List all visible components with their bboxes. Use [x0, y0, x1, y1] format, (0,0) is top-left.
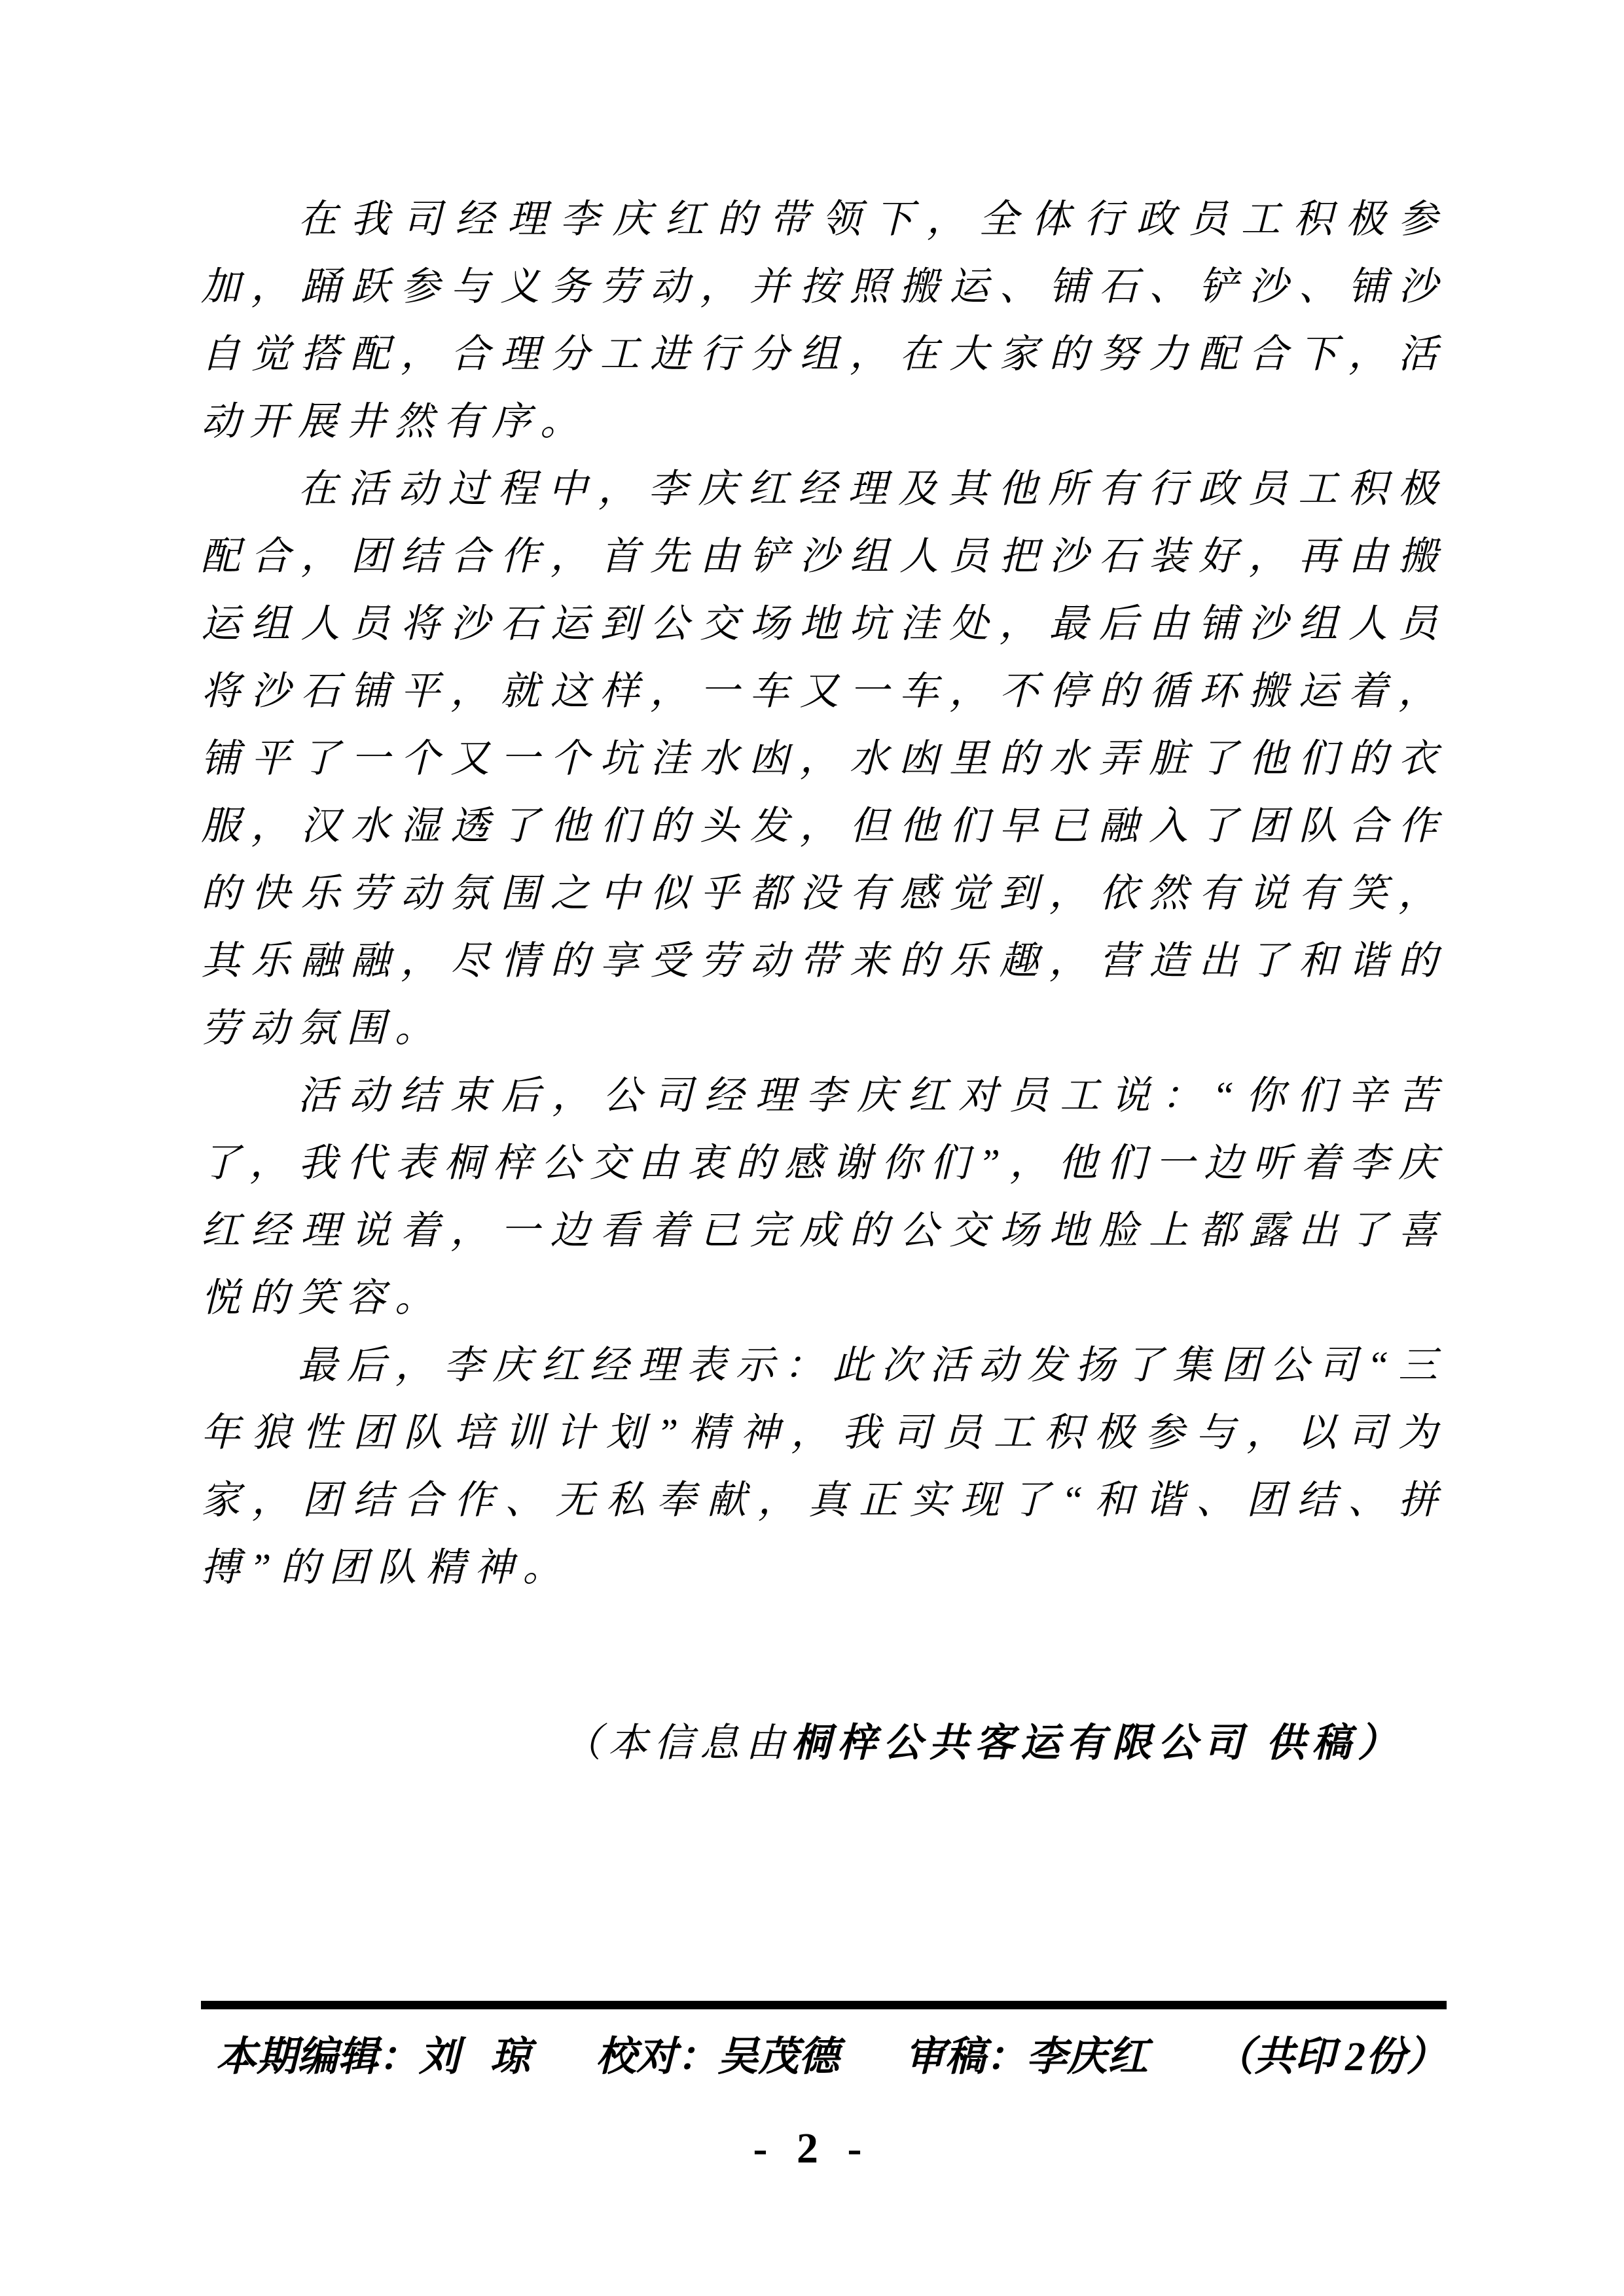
footer-editor: 本期编辑：刘 琼 [216, 2028, 531, 2087]
body-paragraph-2: 在活动过程中，李庆红经理及其他所有行政员工积极配合，团结合作，首先由铲沙组人员把… [201, 456, 1447, 1062]
article-body: 在我司经理李庆红的带领下，全体行政员工积极参加，踊跃参与义务劳动，并按照搬运、铺… [201, 186, 1447, 1777]
footer-copies-count: （共印 2份） [1213, 2028, 1447, 2087]
attribution-prefix: （本信息由 [562, 1721, 791, 1765]
footer-proofreader: 校对：吴茂德 [596, 2028, 839, 2087]
document-page: 在我司经理李庆红的带领下，全体行政员工积极参加，踊跃参与义务劳动，并按照搬运、铺… [0, 0, 1624, 2296]
body-paragraph-4: 最后，李庆红经理表示：此次活动发扬了集团公司“三年狼性团队培训计划”精神，我司员… [201, 1332, 1447, 1602]
footer-credits: 本期编辑：刘 琼 校对：吴茂德 审稿：李庆红 （共印 2份） [216, 2028, 1447, 2087]
footer-divider-rule [201, 2001, 1447, 2009]
attribution-suffix: ） [1358, 1721, 1403, 1765]
body-paragraph-1: 在我司经理李庆红的带领下，全体行政员工积极参加，踊跃参与义务劳动，并按照搬运、铺… [201, 186, 1447, 456]
attribution-line: （本信息由桐梓公共客运有限公司 供稿） [201, 1710, 1447, 1777]
body-paragraph-3: 活动结束后，公司经理李庆红对员工说：“你们辛苦了，我代表桐梓公交由衷的感谢你们”… [201, 1062, 1447, 1332]
attribution-organization: 桐梓公共客运有限公司 供稿 [791, 1721, 1358, 1765]
footer-reviewer: 审稿：李庆红 [905, 2028, 1148, 2087]
page-number: - 2 - [0, 2124, 1624, 2174]
